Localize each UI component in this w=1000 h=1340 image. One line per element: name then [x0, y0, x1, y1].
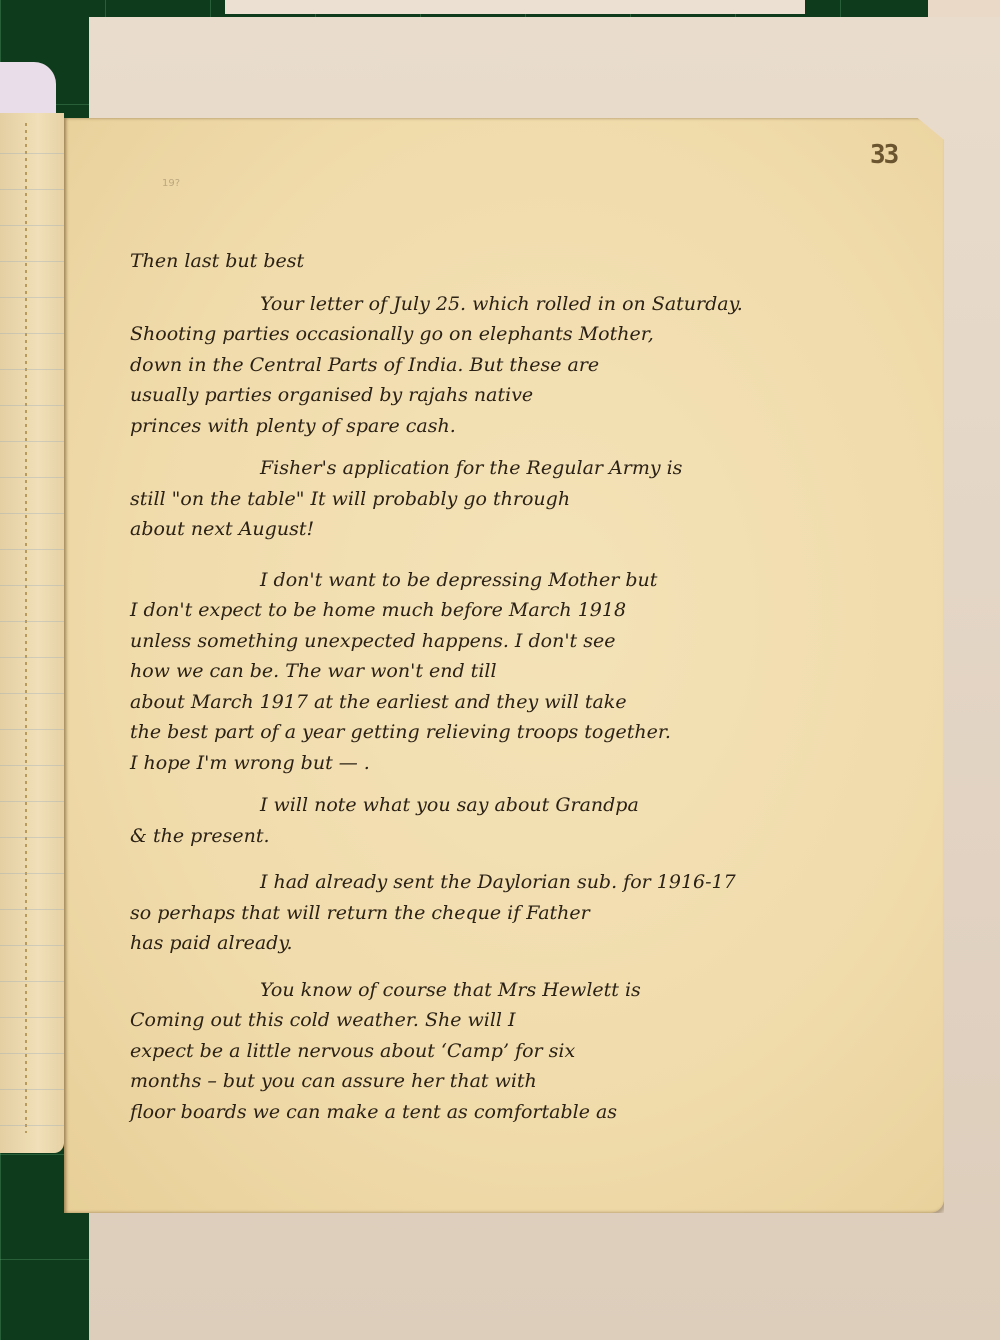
text-line: has paid already.: [130, 928, 910, 959]
text-line: the best part of a year getting relievin…: [130, 717, 910, 748]
text-line: how we can be. The war won't end till: [130, 656, 910, 687]
letter-page: 33 19? Then last but best Your letter of…: [64, 118, 944, 1213]
text-line: Coming out this cold weather. She will I: [130, 1005, 910, 1036]
text-line: princes with plenty of spare cash.: [130, 411, 910, 442]
text-line: unless something unexpected happens. I d…: [130, 626, 910, 657]
page-number: 33: [870, 140, 897, 170]
text-line: & the present.: [130, 821, 910, 852]
paragraph-war: I don't want to be depressing Mother but…: [130, 565, 910, 779]
text-line: months – but you can assure her that wit…: [130, 1066, 910, 1097]
left-notebook-page: [0, 113, 64, 1153]
text-line: floor boards we can make a tent as comfo…: [130, 1097, 910, 1128]
text-line: Shooting parties occasionally go on elep…: [130, 319, 910, 350]
paragraph-grandpa: I will note what you say about Grandpa &…: [130, 790, 910, 851]
letter-body: Then last but best Your letter of July 2…: [130, 246, 910, 1139]
text-line: about March 1917 at the earliest and the…: [130, 687, 910, 718]
text-line: so perhaps that will return the cheque i…: [130, 898, 910, 929]
paragraph-subscription: I had already sent the Daylorian sub. fo…: [130, 867, 910, 959]
pencil-annotation: 19?: [162, 178, 180, 189]
text-line: Fisher's application for the Regular Arm…: [130, 453, 910, 484]
text-line: expect be a little nervous about ‘Camp’ …: [130, 1036, 910, 1067]
text-line: I had already sent the Daylorian sub. fo…: [130, 867, 910, 898]
text-line: Your letter of July 25. which rolled in …: [130, 289, 910, 320]
text-line: I don't expect to be home much before Ma…: [130, 595, 910, 626]
text-line: I don't want to be depressing Mother but: [130, 565, 910, 596]
paragraph-elephants: Your letter of July 25. which rolled in …: [130, 289, 910, 442]
text-line: usually parties organised by rajahs nati…: [130, 380, 910, 411]
text-line: I hope I'm wrong but — .: [130, 748, 910, 779]
text-line: down in the Central Parts of India. But …: [130, 350, 910, 381]
text-line: still "on the table" It will probably go…: [130, 484, 910, 515]
text-line: You know of course that Mrs Hewlett is: [130, 975, 910, 1006]
text-line: about next August!: [130, 514, 910, 545]
paragraph-fisher: Fisher's application for the Regular Arm…: [130, 453, 910, 545]
paragraph-opening: Then last but best: [130, 246, 910, 277]
text-line: Then last but best: [130, 246, 910, 277]
top-paper-strip: [225, 0, 805, 14]
scan-scene: 33 19? Then last but best Your letter of…: [0, 0, 1000, 1340]
text-line: I will note what you say about Grandpa: [130, 790, 910, 821]
paragraph-mrs-hewlett: You know of course that Mrs Hewlett is C…: [130, 975, 910, 1128]
